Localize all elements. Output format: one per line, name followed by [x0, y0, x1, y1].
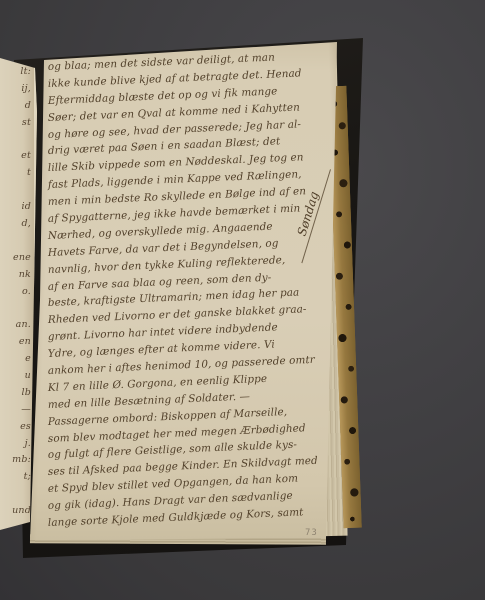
left-fragment-line: j.	[3, 436, 31, 453]
left-fragment-line: st	[3, 115, 31, 132]
left-fragment-line: e	[3, 351, 31, 368]
left-page-text-fragments: lt:ij,dstettidd,enenko.an.eneulb—esj.mb:…	[3, 64, 31, 537]
page-number: 73	[305, 528, 318, 538]
right-page: og blaa; men det sidste var deiligt, at …	[28, 36, 342, 546]
left-fragment-line: u	[3, 368, 31, 385]
left-fragment-line: lb	[3, 385, 31, 402]
left-fragment-line: an.	[3, 317, 31, 334]
left-fragment-line: ij,	[3, 81, 31, 98]
left-fragment-line: o.	[3, 284, 31, 301]
left-fragment-line: d	[3, 98, 31, 115]
left-fragment-line	[3, 486, 31, 503]
left-fragment-line: nk	[3, 267, 31, 284]
left-fragment-line: lt:	[3, 64, 31, 81]
left-fragment-line	[3, 300, 31, 317]
left-fragment-line: t	[3, 165, 31, 182]
left-fragment-line: en	[3, 334, 31, 351]
left-fragment-line	[3, 233, 31, 250]
left-fragment-line: es	[3, 419, 31, 436]
left-fragment-line: id	[3, 199, 31, 216]
handwritten-text: og blaa; men det sidste var deiligt, at …	[48, 59, 324, 532]
left-fragment-line: mb:	[3, 452, 31, 469]
photo-background: lt:ij,dstettidd,enenko.an.eneulb—esj.mb:…	[0, 0, 485, 600]
left-fragment-line: —	[3, 402, 31, 419]
left-fragment-line: t;	[3, 469, 31, 486]
left-fragment-line: und	[3, 503, 31, 520]
left-fragment-line	[3, 182, 31, 199]
left-fragment-line	[3, 132, 31, 149]
left-fragment-line: ene	[3, 250, 31, 267]
left-fragment-line: d,	[3, 216, 31, 233]
left-fragment-line: et	[3, 148, 31, 165]
